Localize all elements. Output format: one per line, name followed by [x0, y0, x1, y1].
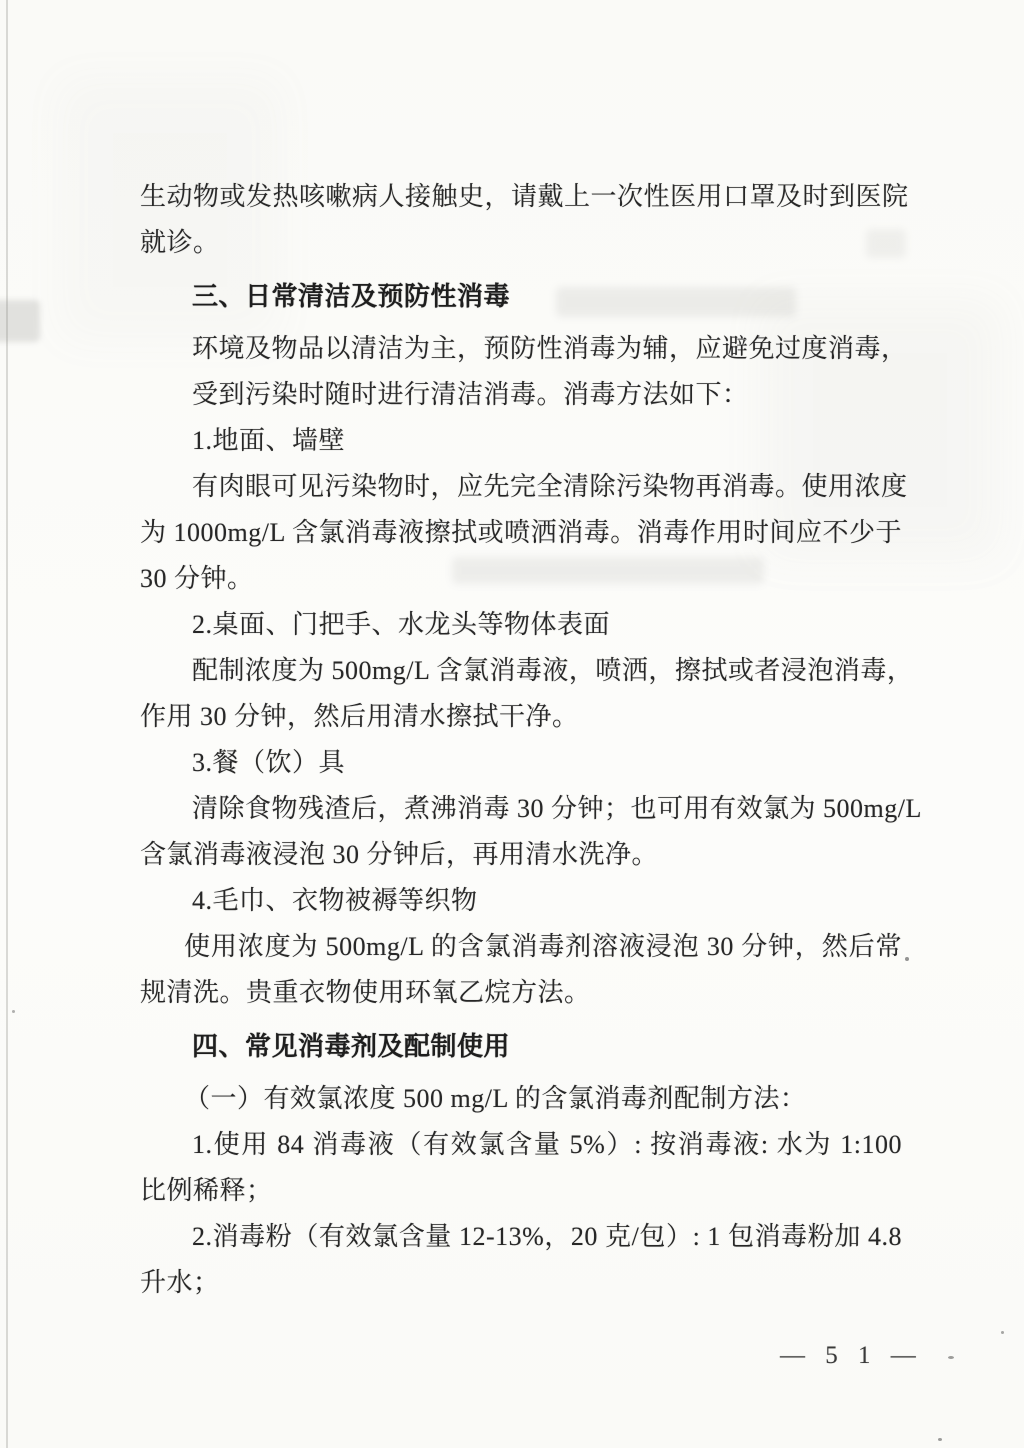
bleedthrough-smudge [0, 300, 40, 342]
list-item-method-2: 2.消毒粉（有效氯含量 12-13%，20 克/包）: 1 包消毒粉加 4.8 [140, 1214, 902, 1260]
list-item-2: 2.桌面、门把手、水龙头等物体表面 [140, 602, 902, 648]
ink-speck [12, 1010, 15, 1013]
ink-speck [948, 1356, 954, 1359]
text-line: 比例稀释； [140, 1168, 902, 1214]
page-number: — 5 1 — [780, 1338, 923, 1374]
scanner-edge-line [6, 0, 8, 1448]
scanned-page: 生动物或发热咳嗽病人接触史，请戴上一次性医用口罩及时到医院 就诊。 三、日常清洁… [0, 0, 1024, 1448]
text-line: 就诊。 [140, 220, 902, 266]
ink-speck [905, 957, 909, 961]
section-heading-4: 四、常见消毒剂及配制使用 [140, 1023, 902, 1069]
text-line: 升水； [140, 1260, 902, 1306]
text-line: 环境及物品以清洁为主，预防性消毒为辅，应避免过度消毒， [140, 326, 902, 372]
text-line: 含氯消毒液浸泡 30 分钟后，再用清水洗净。 [140, 832, 902, 878]
text-line: （一）有效氯浓度 500 mg/L 的含氯消毒剂配制方法： [140, 1076, 902, 1122]
text-line: 有肉眼可见污染物时，应先完全清除污染物再消毒。使用浓度 [140, 464, 902, 510]
ink-speck [1001, 1331, 1004, 1334]
list-item-4: 4.毛巾、衣物被褥等织物 [140, 878, 902, 924]
section-heading-3: 三、日常清洁及预防性消毒 [140, 273, 902, 319]
text-line: 规清洗。贵重衣物使用环氧乙烷方法。 [140, 970, 902, 1016]
text-line: 为 1000mg/L 含氯消毒液擦拭或喷洒消毒。消毒作用时间应不少于 [140, 510, 902, 556]
list-item-method-1: 1.使用 84 消毒液（有效氯含量 5%）: 按消毒液: 水为 1:100 [140, 1122, 902, 1168]
text-line: 清除食物残渣后，煮沸消毒 30 分钟；也可用有效氯为 500mg/L [140, 786, 902, 832]
list-item-1: 1.地面、墙壁 [140, 418, 902, 464]
document-body: 生动物或发热咳嗽病人接触史，请戴上一次性医用口罩及时到医院 就诊。 三、日常清洁… [140, 174, 902, 1306]
text-line: 作用 30 分钟，然后用清水擦拭干净。 [140, 694, 902, 740]
text-line: 使用浓度为 500mg/L 的含氯消毒剂溶液浸泡 30 分钟，然后常 [140, 924, 902, 970]
text-line: 配制浓度为 500mg/L 含氯消毒液，喷洒，擦拭或者浸泡消毒， [140, 648, 902, 694]
text-line: 受到污染时随时进行清洁消毒。消毒方法如下： [140, 372, 902, 418]
ink-speck [938, 1438, 942, 1441]
text-line: 生动物或发热咳嗽病人接触史，请戴上一次性医用口罩及时到医院 [140, 174, 902, 220]
text-line: 30 分钟。 [140, 556, 902, 602]
list-item-3: 3.餐（饮）具 [140, 740, 902, 786]
